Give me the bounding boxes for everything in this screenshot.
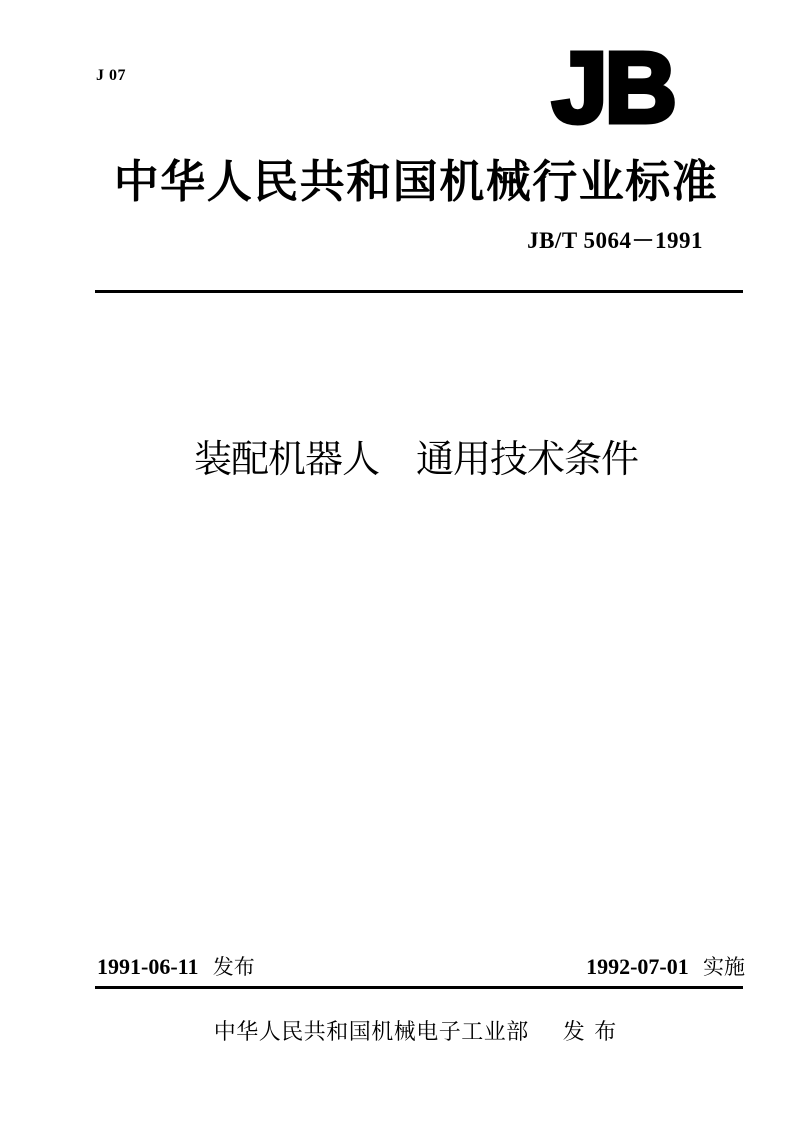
standard-cover-page: J 07 JB 中华人民共和国机械行业标准 JB/T 5064－1991 装配机… [0,0,800,1132]
publish-label: 发 布 [563,1019,619,1044]
header-rule [95,290,743,293]
standard-type-heading: 中华人民共和国机械行业标准 [88,157,744,207]
publisher-row: 中华人民共和国机械电子工业部发 布 [88,1017,744,1047]
issue-date: 1991-06-11 [97,954,198,979]
date-row: 1991-06-11 发布 1992-07-01 实施 [95,953,745,983]
document-title: 装配机器人 通用技术条件 [88,437,744,483]
publisher-name: 中华人民共和国机械电子工业部 [214,1019,529,1044]
implement-date: 1992-07-01 [586,954,689,979]
footer-rule [95,986,743,989]
jb-logo: JB [552,38,712,138]
issue-date-group: 1991-06-11 发布 [97,953,255,981]
implement-date-group: 1992-07-01 实施 [586,953,745,981]
implement-label: 实施 [703,955,745,979]
standard-number: JB/T 5064－1991 [527,227,703,255]
classification-code: J 07 [96,67,126,85]
issue-label: 发布 [213,955,255,979]
